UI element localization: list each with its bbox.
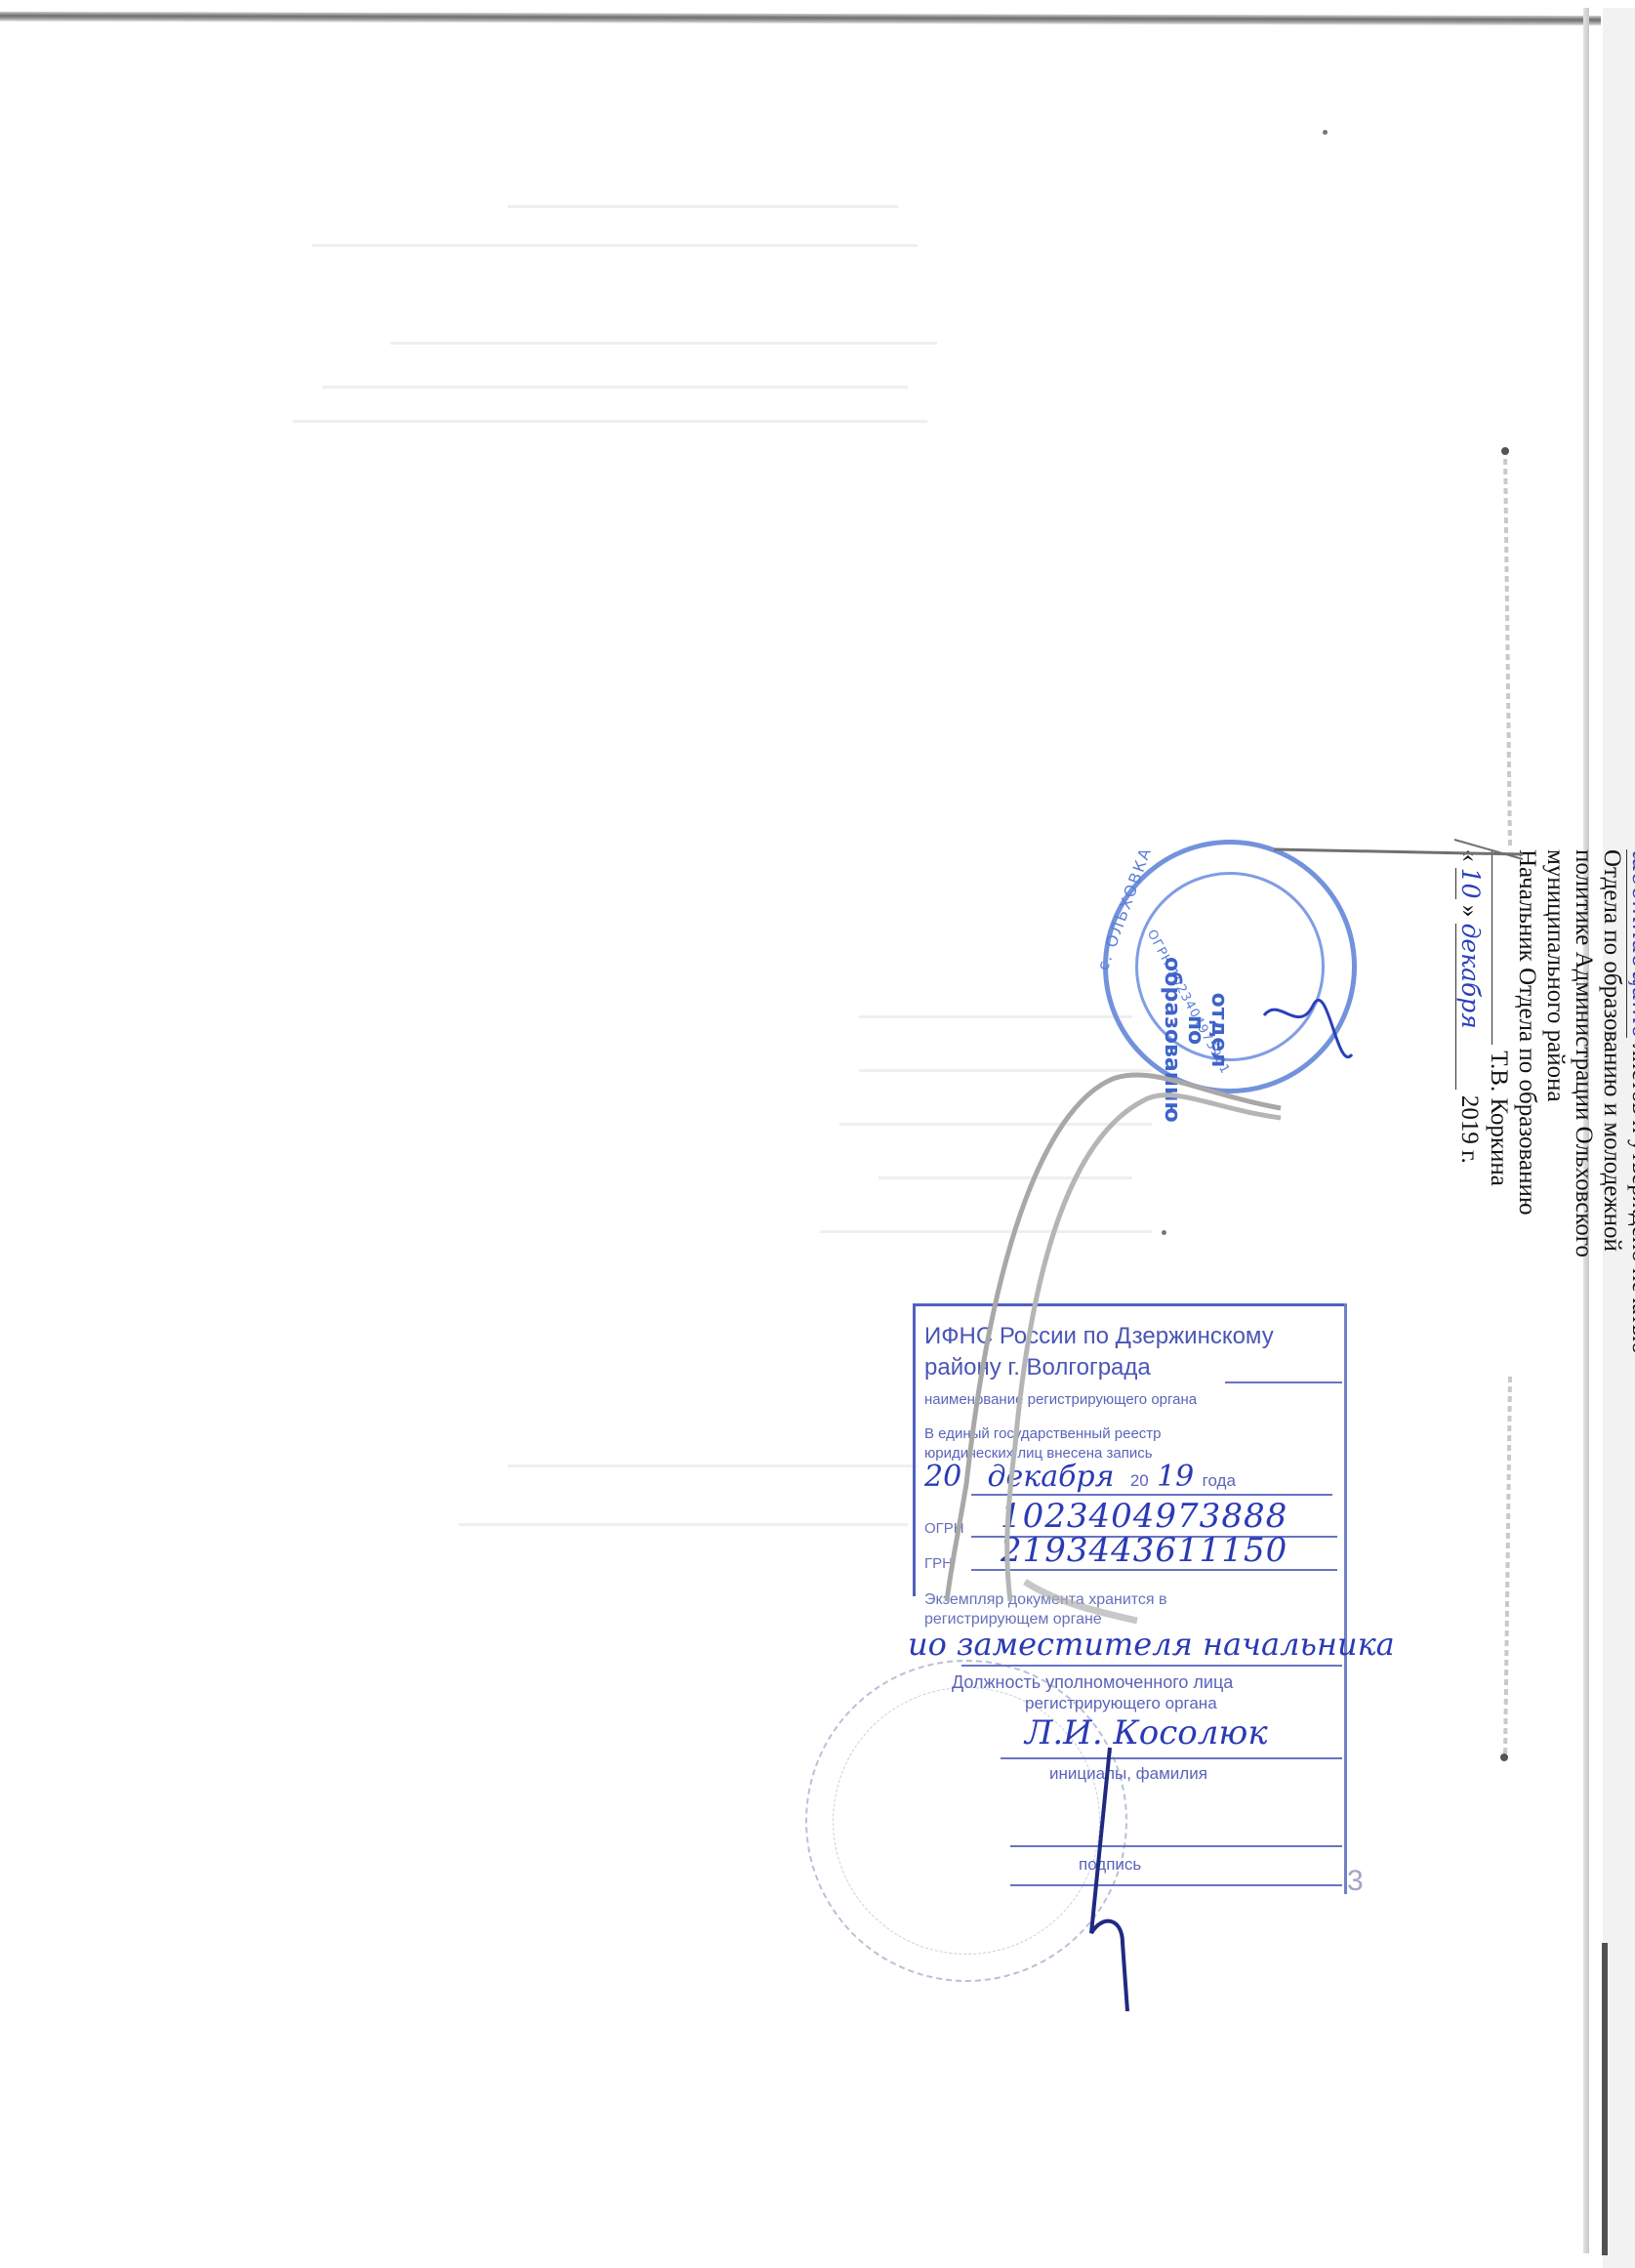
date-month: декабря <box>1455 924 1485 1090</box>
position-caption-line1: Должность уполномоченного лица <box>952 1672 1233 1693</box>
lacing-cord-and-signatures <box>0 0 1635 2268</box>
grn-value: 2193443611150 <box>1001 1531 1288 1570</box>
signatory-name: Т.В. Коркина <box>1486 1051 1512 1186</box>
reg-date-year: 19 <box>1157 1460 1194 1494</box>
cert-line-text: листов и утверждено печатью <box>1627 1044 1635 1354</box>
reg-date-century: 20 <box>1130 1471 1149 1490</box>
reg-date-suffix: года <box>1203 1471 1236 1490</box>
date-year: 2019 г. <box>1456 1095 1483 1164</box>
quote-close: » <box>1456 905 1483 918</box>
authority-caption: наименование регистрирующего органа <box>924 1391 1197 1408</box>
sheet-count-handwritten: шестнадцать <box>1626 849 1635 1038</box>
authority-name-line2: району г. Волгограда <box>924 1354 1151 1381</box>
date-day: 10 <box>1455 868 1485 899</box>
ogrn-value: 1023404973888 <box>1001 1497 1288 1536</box>
registry-line1: В единый государственный реестр <box>924 1425 1162 1442</box>
cert-date-line: « 10 » декабря 2019 г. <box>1455 849 1485 1269</box>
cert-signatory-line: Т.В. Коркина <box>1485 849 1513 1269</box>
reg-date-day: 20 <box>924 1460 961 1494</box>
registration-date: 20 декабря 20 19 года <box>924 1460 1236 1494</box>
page-number: 3 <box>1347 1865 1364 1898</box>
authority-name-line1: ИФНС России по Дзержинскому <box>924 1323 1274 1350</box>
quote-open: « <box>1456 849 1483 862</box>
ogrn-label: ОГРН <box>924 1520 964 1537</box>
cert-line: политике Администрации Ольховского <box>1570 849 1598 1269</box>
reg-date-month: декабря <box>988 1460 1115 1494</box>
cert-line: Начальник Отдела по образованию <box>1513 849 1541 1269</box>
signature-caption: подпись <box>1079 1855 1141 1875</box>
signature-line <box>1492 849 1492 1045</box>
scan-top-edge <box>0 12 1601 25</box>
scan-right-shadow <box>1602 1943 1608 2255</box>
dust-speck <box>1323 130 1328 135</box>
position-handwritten: ио заместителя начальника <box>908 1626 1395 1663</box>
cert-line: Отдела по образованию и молодежной <box>1598 849 1626 1269</box>
position-caption-line2: регистрирующего органа <box>1025 1694 1217 1713</box>
copy-note-line1: Экземпляр документа хранится в <box>924 1591 1167 1609</box>
cert-line: муниципального района <box>1541 849 1570 1269</box>
name-caption: инициалы, фамилия <box>1049 1764 1207 1784</box>
tax-registration-stamp: ИФНС России по Дзержинскому району г. Во… <box>913 1303 1347 1894</box>
grn-label: ГРН <box>924 1555 953 1572</box>
lacing-certificate: Прошнуровано, пронумеровано и сшито шест… <box>844 849 1264 1308</box>
official-name-handwritten: Л.И. Косолюк <box>1025 1713 1268 1753</box>
cert-line: шестнадцать листов и утверждено печатью <box>1626 849 1635 1269</box>
